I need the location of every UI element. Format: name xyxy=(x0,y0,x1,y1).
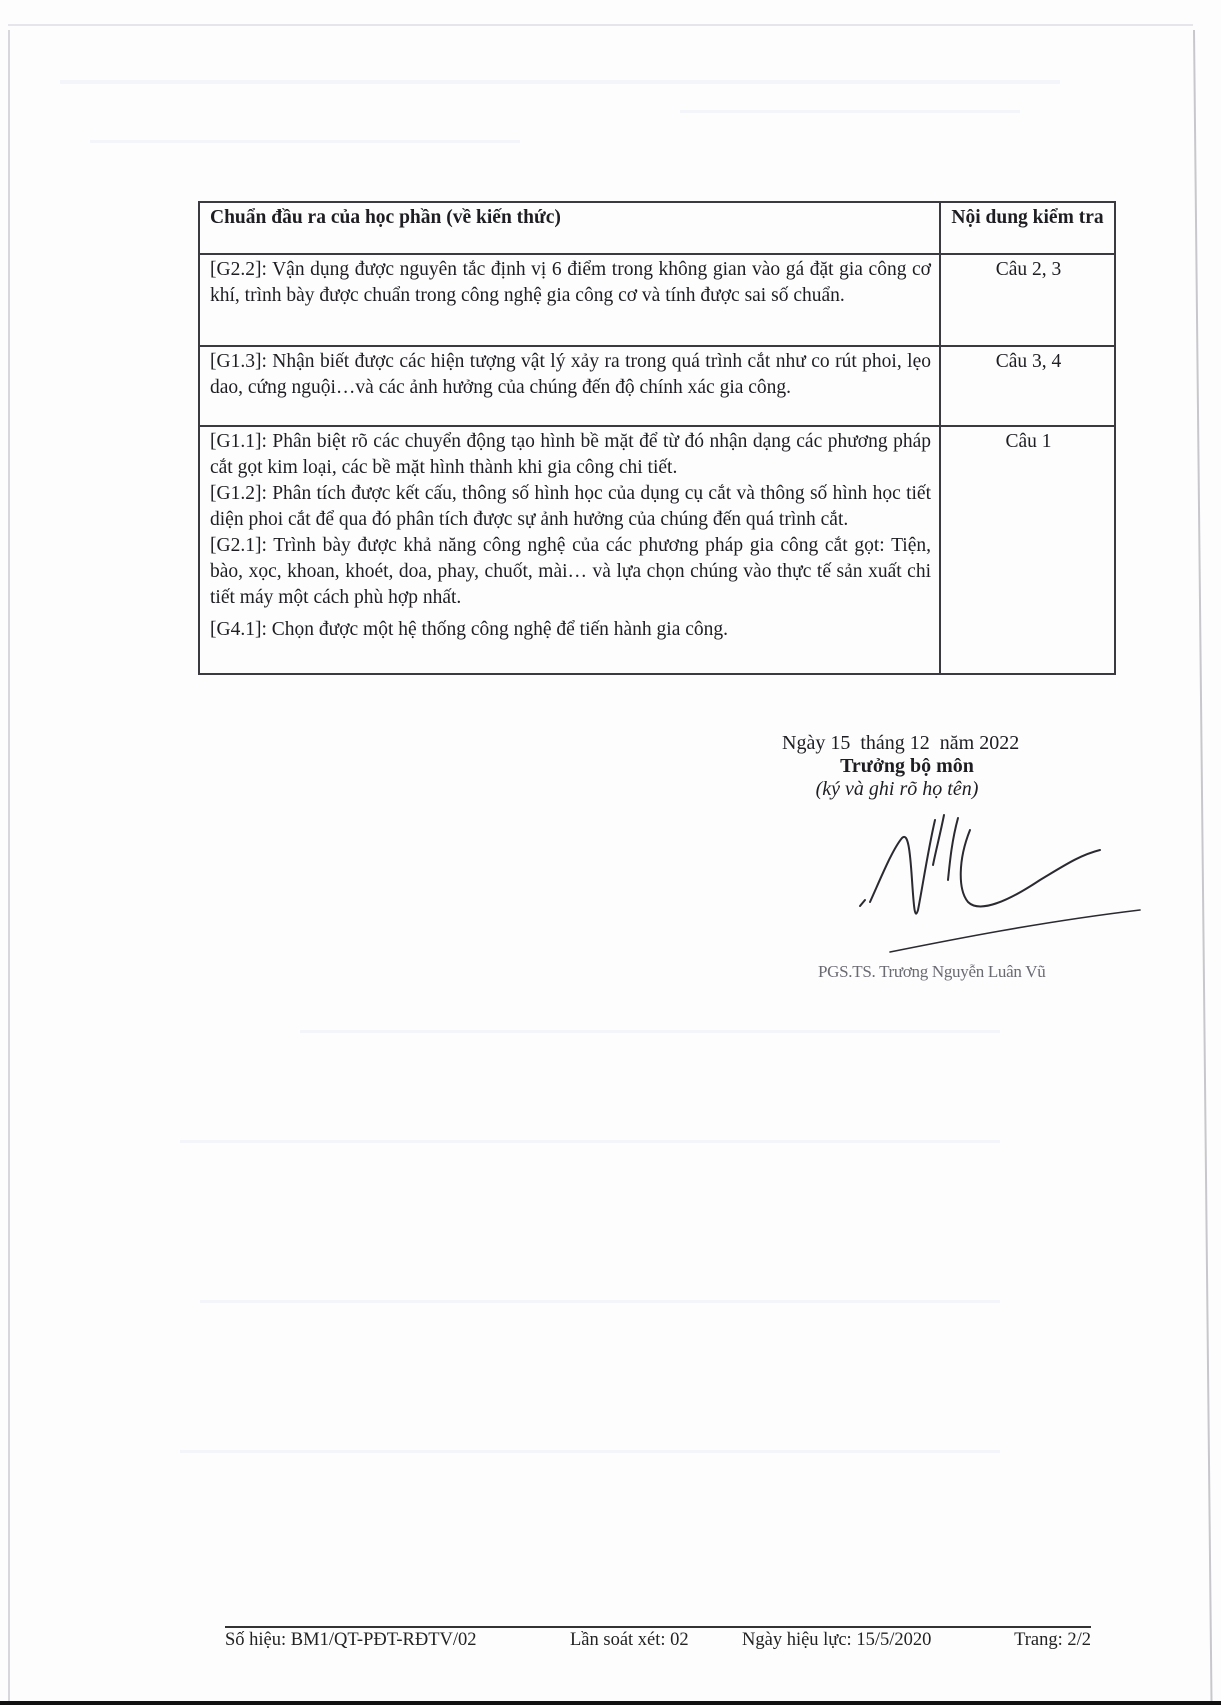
content-cell: Câu 2, 3 xyxy=(940,254,1115,346)
page-edge-right xyxy=(1193,30,1213,1705)
footer-rule xyxy=(225,1626,1091,1628)
bleed-through xyxy=(200,1300,1000,1303)
sign-role: Trưởng bộ môn xyxy=(792,755,1022,778)
outcome-cell: [G1.3]: Nhận biết được các hiện tượng vậ… xyxy=(199,346,940,426)
footer-revision: Lần soát xét: 02 xyxy=(570,1630,742,1651)
document-footer: Số hiệu: BM1/QT-PĐT-RĐTV/02 Lần soát xét… xyxy=(225,1630,1091,1651)
signer-name: PGS.TS. Trương Nguyễn Luân Vũ xyxy=(818,962,1045,982)
learning-outcomes-table: Chuẩn đầu ra của học phần (về kiến thức)… xyxy=(198,201,1116,675)
table-row: [G1.3]: Nhận biết được các hiện tượng vậ… xyxy=(199,346,1115,426)
bleed-through xyxy=(60,80,1060,84)
bleed-through xyxy=(680,110,1020,113)
bleed-through xyxy=(180,1450,1000,1453)
signature-block: Ngày 15 tháng 12 năm 2022 Trưởng bộ môn … xyxy=(782,732,1102,801)
outcome-g2-1: [G2.1]: Trình bày được khả năng công ngh… xyxy=(210,533,931,611)
table-row: [G2.2]: Vận dụng được nguyên tắc định vị… xyxy=(199,254,1115,346)
footer-doc-code: Số hiệu: BM1/QT-PĐT-RĐTV/02 xyxy=(225,1630,570,1651)
bleed-through xyxy=(180,1140,1000,1143)
page-edge-bottom xyxy=(0,1701,1221,1705)
outcome-cell: [G1.1]: Phân biệt rõ các chuyển động tạo… xyxy=(199,426,940,674)
bleed-through xyxy=(300,1030,1000,1033)
bleed-through xyxy=(90,140,520,143)
outcome-cell: [G2.2]: Vận dụng được nguyên tắc định vị… xyxy=(199,254,940,346)
handwritten-signature-icon xyxy=(840,810,1160,960)
header-outcomes: Chuẩn đầu ra của học phần (về kiến thức) xyxy=(199,202,940,254)
outcome-g1-2: [G1.2]: Phân tích được kết cấu, thông số… xyxy=(210,481,931,533)
outcome-g1-3: [G1.3]: Nhận biết được các hiện tượng vậ… xyxy=(210,349,931,401)
header-content: Nội dung kiểm tra xyxy=(940,202,1115,254)
page-edge-top xyxy=(8,24,1193,26)
content-cell: Câu 3, 4 xyxy=(940,346,1115,426)
outcome-g1-1: [G1.1]: Phân biệt rõ các chuyển động tạo… xyxy=(210,429,931,481)
sign-date: Ngày 15 tháng 12 năm 2022 xyxy=(782,732,1102,755)
outcome-g4-1: [G4.1]: Chọn được một hệ thống công nghệ… xyxy=(210,617,931,643)
footer-page-number: Trang: 2/2 xyxy=(1007,1630,1091,1651)
page-edge-left xyxy=(8,30,10,1705)
content-cell: Câu 1 xyxy=(940,426,1115,674)
table-header-row: Chuẩn đầu ra của học phần (về kiến thức)… xyxy=(199,202,1115,254)
outcome-g2-2: [G2.2]: Vận dụng được nguyên tắc định vị… xyxy=(210,257,931,309)
sign-note: (ký và ghi rõ họ tên) xyxy=(782,778,1012,801)
table-row: [G1.1]: Phân biệt rõ các chuyển động tạo… xyxy=(199,426,1115,674)
footer-effective-date: Ngày hiệu lực: 15/5/2020 xyxy=(742,1630,1007,1651)
